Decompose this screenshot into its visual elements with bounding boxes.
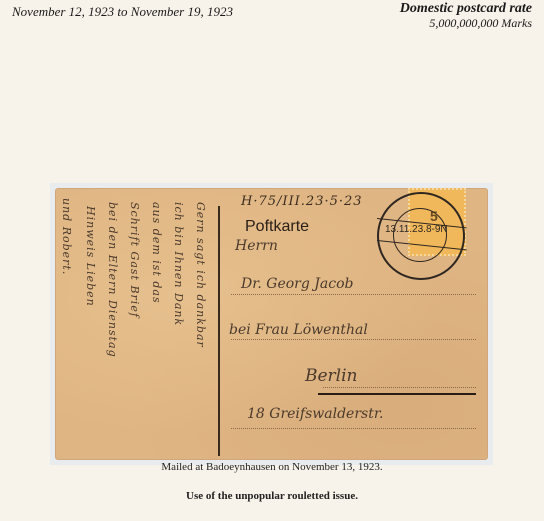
address-rule [323,387,476,388]
address-line-4: Berlin [305,366,358,386]
address-rule [231,339,476,340]
date-range-heading: November 12, 1923 to November 19, 1923 [12,4,233,20]
message-column: bei den Eltern Dienstag [105,202,120,432]
message-column: aus dem ist das [149,202,164,432]
city-underline [318,393,476,395]
message-column: Schrift Gast Brief [127,202,142,432]
printed-label: Poftkarte [245,218,309,236]
message-column: Hinweis Lieben [83,206,98,436]
address-rule [231,294,476,295]
rate-title: Domestic postcard rate [400,2,532,16]
card-divider [218,206,220,456]
postmark-date: 13.11.23.8-9N [385,224,448,235]
message-column: Gern sagt ich dankbar [193,202,208,432]
message-column: und Robert. [59,198,74,308]
docket-note: H·75/III.23·5·23 [241,194,363,209]
address-line-2: Dr. Georg Jacob [241,276,353,292]
rate-value: 5,000,000,000 Marks [400,16,532,30]
caption-note: Use of the unpopular rouletted issue. [0,490,544,502]
address-line-3: bei Frau Löwenthal [229,322,368,338]
address-rule [231,428,476,429]
message-column: ich bin Ihnen Dank [171,202,186,432]
rate-heading: Domestic postcard rate 5,000,000,000 Mar… [400,2,532,30]
postcard-image: und Robert. Hinweis Lieben bei den Elter… [55,188,488,460]
address-line-5: 18 Greifswalderstr. [247,406,383,422]
postmark-inner-ring [393,208,447,262]
caption-mailed: Mailed at Badoeynhausen on November 13, … [0,461,544,473]
address-line-1: Herrn [235,238,278,254]
